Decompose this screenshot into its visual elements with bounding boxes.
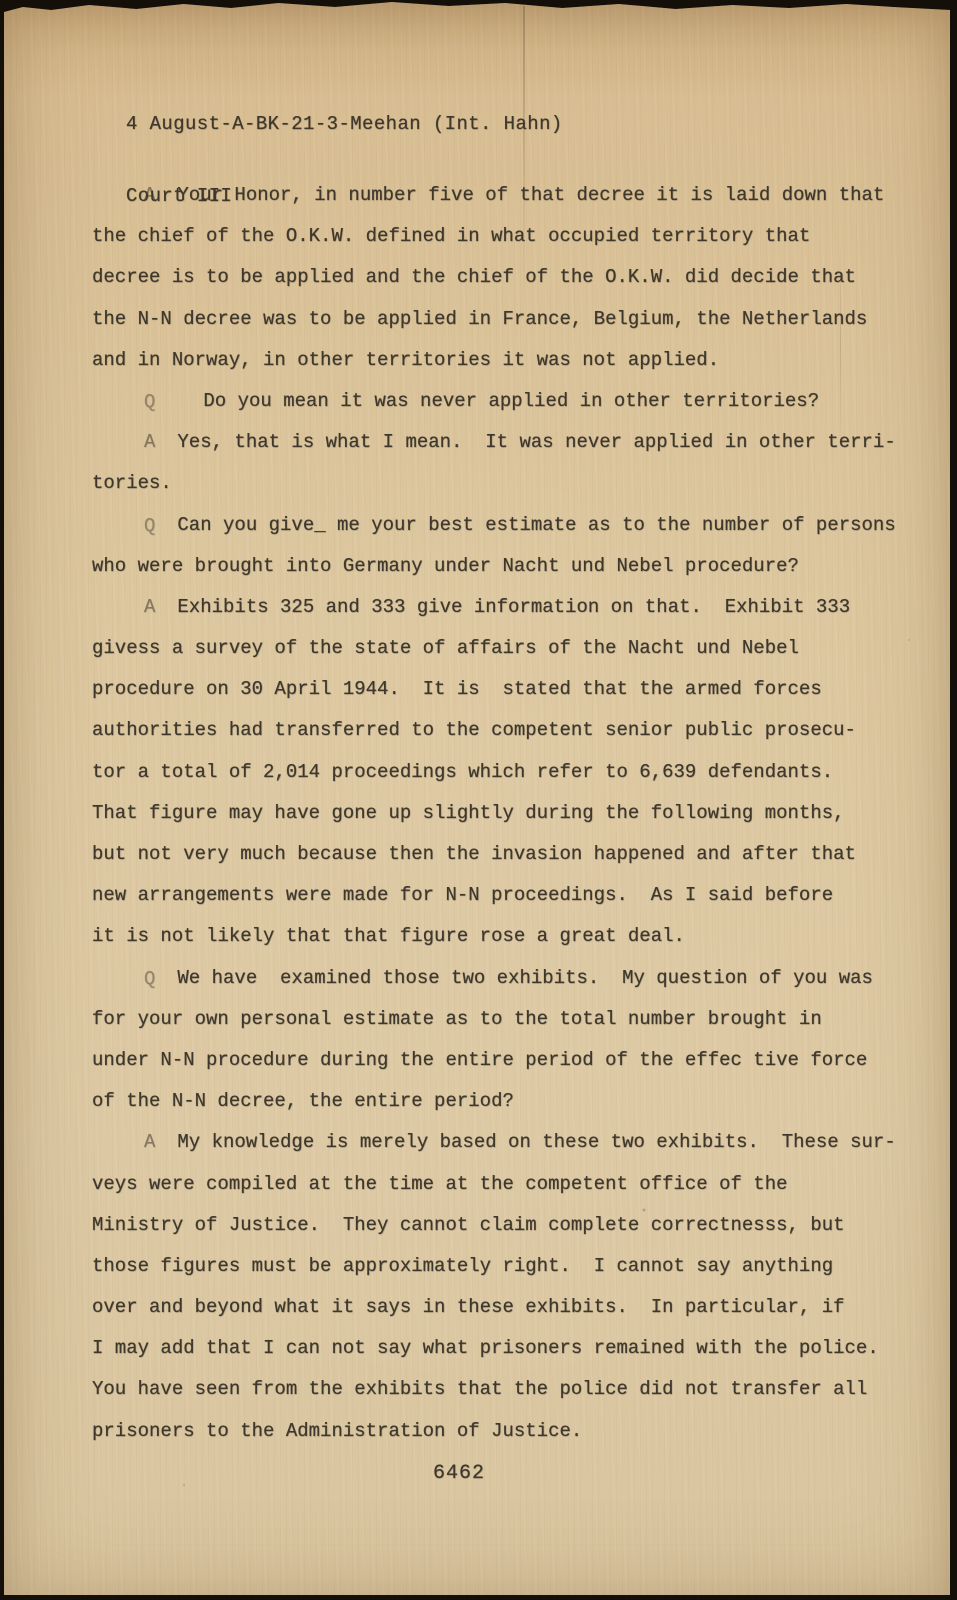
line-text: of the N-N decree, the entire period? <box>92 1090 514 1112</box>
line-text: tor a total of 2,014 proceedings which r… <box>92 761 833 783</box>
line-text: Exhibits 325 and 333 give information on… <box>177 596 850 618</box>
line-text: procedure on 30 April 1944. It is stated… <box>92 678 822 700</box>
transcript-line: new arrangements were made for N-N proce… <box>92 884 892 925</box>
transcript-line: for your own personal estimate as to the… <box>92 1008 892 1049</box>
transcript-line: over and beyond what it says in these ex… <box>92 1296 892 1337</box>
line-text: I may add that I can not say what prison… <box>92 1337 879 1359</box>
answer-marker: A <box>144 596 155 618</box>
transcript-line: AExhibits 325 and 333 give information o… <box>92 596 892 637</box>
transcript-line: AMy knowledge is merely based on these t… <box>92 1131 892 1172</box>
transcript-line: That figure may have gone up slightly du… <box>92 802 892 843</box>
answer-marker: A <box>144 184 155 206</box>
document-page: 4 August-A-BK-21-3-Meehan (Int. Hahn) Co… <box>4 0 950 1595</box>
transcript-line: of the N-N decree, the entire period? <box>92 1090 892 1131</box>
line-text: You have seen from the exhibits that the… <box>92 1378 867 1400</box>
transcript-line: tor a total of 2,014 proceedings which r… <box>92 761 892 802</box>
line-text: decree is to be applied and the chief of… <box>92 266 856 288</box>
transcript-line: I may add that I can not say what prison… <box>92 1337 892 1378</box>
transcript-line: veys were compiled at the time at the co… <box>92 1173 892 1214</box>
question-marker: Q <box>144 968 155 990</box>
line-text: the N-N decree was to be applied in Fran… <box>92 308 867 330</box>
transcript-line: but not very much because then the invas… <box>92 843 892 884</box>
line-text: and in Norway, in other territories it w… <box>92 349 719 371</box>
transcript-line: the chief of the O.K.W. defined in what … <box>92 225 892 266</box>
transcript-line: QDo you mean it was never applied in oth… <box>92 390 892 431</box>
line-text: the chief of the O.K.W. defined in what … <box>92 225 810 247</box>
transcript-line: tories. <box>92 472 892 513</box>
line-text: tories. <box>92 472 172 494</box>
line-text: veys were compiled at the time at the co… <box>92 1173 788 1195</box>
line-text: Yes, that is what I mean. It was never a… <box>177 431 895 453</box>
header-case-line: 4 August-A-BK-21-3-Meehan (Int. Hahn) <box>126 112 563 136</box>
line-text: it is not likely that that figure rose a… <box>92 925 685 947</box>
answer-marker: A <box>144 431 155 453</box>
question-marker: Q <box>144 515 155 537</box>
line-text: Can you give_ me your best estimate as t… <box>177 514 895 536</box>
transcript-line: those figures must be approximately righ… <box>92 1255 892 1296</box>
answer-marker: A <box>144 1131 155 1153</box>
transcript-line: AYes, that is what I mean. It was never … <box>92 431 892 472</box>
transcript-line: prisoners to the Administration of Justi… <box>92 1420 892 1461</box>
line-text: That figure may have gone up slightly du… <box>92 802 845 824</box>
transcript-line: the N-N decree was to be applied in Fran… <box>92 308 892 349</box>
line-text: authorities had transferred to the compe… <box>92 719 856 741</box>
line-text: under N-N procedure during the entire pe… <box>92 1049 867 1071</box>
page-number: 6462 <box>4 1462 914 1485</box>
transcript-line: decree is to be applied and the chief of… <box>92 266 892 307</box>
transcript-line: it is not likely that that figure rose a… <box>92 925 892 966</box>
line-text: Ministry of Justice. They cannot claim c… <box>92 1214 845 1236</box>
transcript-line: AYour Honor, in number five of that decr… <box>92 184 892 225</box>
transcript-line: who were brought into Germany under Nach… <box>92 555 892 596</box>
line-text: We have examined those two exhibits. My … <box>177 967 873 989</box>
line-text: who were brought into Germany under Nach… <box>92 555 799 577</box>
line-text: over and beyond what it says in these ex… <box>92 1296 845 1318</box>
line-text: prisoners to the Administration of Justi… <box>92 1420 582 1442</box>
line-text: but not very much because then the invas… <box>92 843 856 865</box>
line-text: My knowledge is merely based on these tw… <box>177 1131 895 1153</box>
transcript-line: QWe have examined those two exhibits. My… <box>92 967 892 1008</box>
line-text: for your own personal estimate as to the… <box>92 1008 822 1030</box>
line-text: givess a survey of the state of affairs … <box>92 637 799 659</box>
transcript-body: AYour Honor, in number five of that decr… <box>92 184 892 1461</box>
transcript-line: QCan you give_ me your best estimate as … <box>92 514 892 555</box>
line-text: Your Honor, in number five of that decre… <box>177 184 884 206</box>
transcript-line: authorities had transferred to the compe… <box>92 719 892 760</box>
line-text: those figures must be approximately righ… <box>92 1255 833 1277</box>
transcript-line: under N-N procedure during the entire pe… <box>92 1049 892 1090</box>
question-marker: Q <box>144 391 155 413</box>
transcript-line: Ministry of Justice. They cannot claim c… <box>92 1214 892 1255</box>
transcript-line: You have seen from the exhibits that the… <box>92 1378 892 1419</box>
transcript-line: givess a survey of the state of affairs … <box>92 637 892 678</box>
line-text: new arrangements were made for N-N proce… <box>92 884 833 906</box>
transcript-line: procedure on 30 April 1944. It is stated… <box>92 678 892 719</box>
transcript-line: and in Norway, in other territories it w… <box>92 349 892 390</box>
line-text: Do you mean it was never applied in othe… <box>203 390 819 412</box>
